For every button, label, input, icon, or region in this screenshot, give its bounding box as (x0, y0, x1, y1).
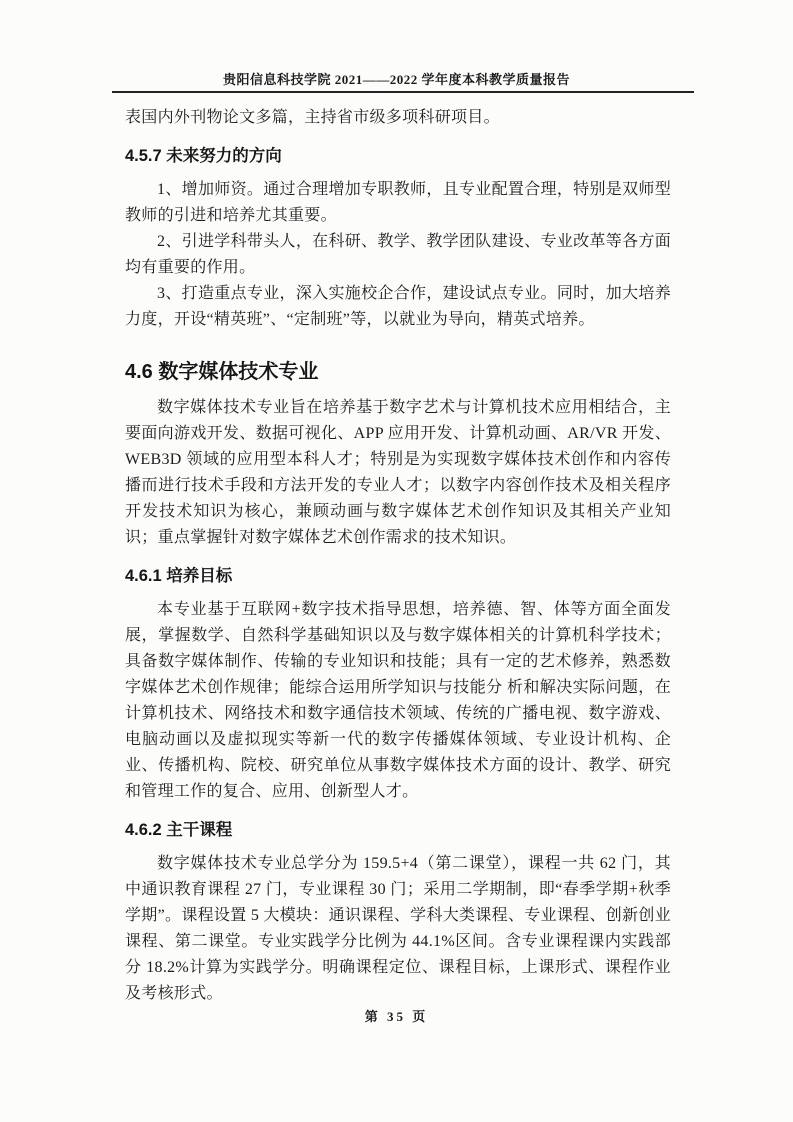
section-4-6-1-heading: 4.6.1 培养目标 (125, 565, 671, 587)
content-area: 表国内外刊物论文多篇，主持省市级多项科研项目。 4.5.7 未来努力的方向 1、… (125, 105, 671, 1007)
page-footer: 第 35 页 (0, 1006, 793, 1025)
section-4-6-heading: 4.6 数字媒体技术专业 (125, 359, 671, 385)
numbered-paragraph-2: 2、引进学科带头人，在科研、教学、教学团队建设、专业改革等各方面均有重要的作用。 (125, 229, 671, 281)
header-rule (112, 91, 694, 93)
section-4-6-intro-paragraph: 数字媒体技术专业旨在培养基于数字艺术与计算机技术应用相结合，主要面向游戏开发、数… (125, 395, 671, 551)
page-number: 第 35 页 (365, 1009, 429, 1024)
numbered-paragraph-1: 1、增加师资。通过合理增加专职教师，且专业配置合理，特别是双师型教师的引进和培养… (125, 177, 671, 229)
running-header-title: 贵阳信息科技学院 2021——2022 学年度本科教学质量报告 (223, 72, 570, 87)
section-4-5-7-heading: 4.5.7 未来努力的方向 (125, 145, 671, 167)
continuation-paragraph: 表国内外刊物论文多篇，主持省市级多项科研项目。 (125, 105, 671, 131)
document-page: 贵阳信息科技学院 2021——2022 学年度本科教学质量报告 表国内外刊物论文… (0, 0, 793, 1122)
numbered-paragraph-3: 3、打造重点专业，深入实施校企合作，建设试点专业。同时，加大培养力度，开设“精英… (125, 281, 671, 333)
main-courses-paragraph: 数字媒体技术专业总学分为 159.5+4（第二课堂），课程一共 62 门，其中通… (125, 851, 671, 1007)
training-objectives-paragraph: 本专业基于互联网+数字技术指导思想，培养德、智、体等方面全面发展，掌握数学、自然… (125, 597, 671, 805)
running-header: 贵阳信息科技学院 2021——2022 学年度本科教学质量报告 (0, 69, 793, 88)
section-4-6-2-heading: 4.6.2 主干课程 (125, 819, 671, 841)
